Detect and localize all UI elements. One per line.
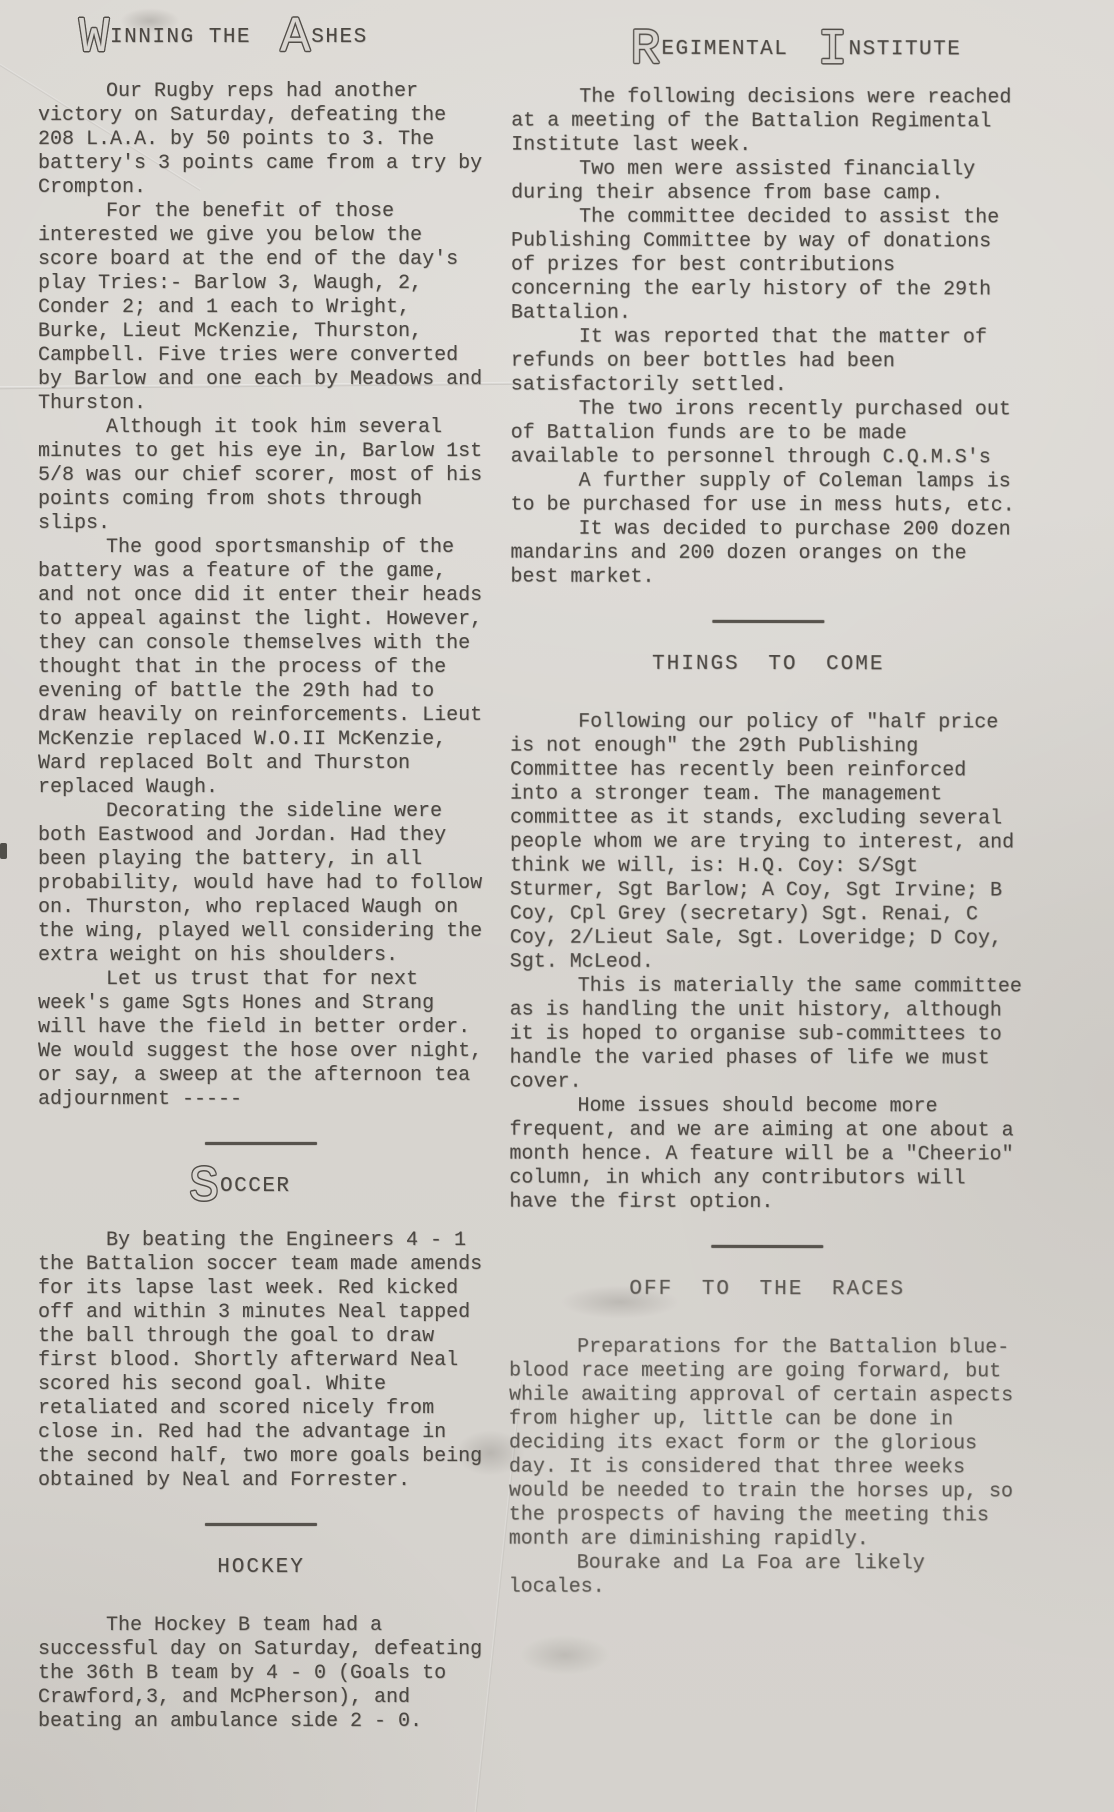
- article-regimental-institute: REGIMENTAL INSTITUTE The following decis…: [510, 38, 1027, 591]
- title-segment: NSTITUTE: [848, 38, 961, 61]
- article-hockey: HOCKEY The Hockey B team had a successfu…: [38, 1556, 484, 1734]
- section-divider: [205, 1142, 317, 1145]
- newsletter-page: WINNING THE ASHES Our Rugby reps had ano…: [0, 0, 1114, 1812]
- paragraph: Preparations for the Battalion blue-bloo…: [509, 1336, 1025, 1553]
- section-divider: [711, 1245, 823, 1248]
- article-title-off-to-the-races: OFF TO THE RACES: [509, 1278, 1025, 1303]
- paragraph: The two irons recently purchased out of …: [511, 398, 1027, 471]
- paragraph: Our Rugby reps had another victory on Sa…: [38, 80, 484, 200]
- paragraph: The committee decided to assist the Publ…: [511, 206, 1027, 327]
- paragraph: Home issues should become more frequent,…: [509, 1095, 1025, 1216]
- title-segment: INNING THE: [110, 26, 251, 49]
- paragraph: The Hockey B team had a successful day o…: [38, 1614, 484, 1734]
- paragraph: Although it took him several minutes to …: [38, 416, 484, 536]
- article-title-regimental-institute: REGIMENTAL INSTITUTE: [629, 38, 1027, 63]
- title-segment: OCCER: [220, 1175, 291, 1198]
- section-divider: [205, 1523, 317, 1526]
- article-soccer: SOCCER By beating the Engineers 4 - 1 th…: [38, 1175, 484, 1493]
- paragraph: A further supply of Coleman lamps is to …: [511, 470, 1027, 519]
- paragraph: Let us trust that for next week's game S…: [38, 968, 484, 1112]
- paragraph: Two men were assisted financially during…: [511, 158, 1027, 207]
- paragraph: It was reported that the matter of refun…: [511, 326, 1027, 399]
- right-column: REGIMENTAL INSTITUTE The following decis…: [509, 38, 1028, 1601]
- title-segment: SHES: [311, 26, 367, 49]
- paragraph: Following our policy of "half price is n…: [510, 711, 1026, 976]
- paragraph: It was decided to purchase 200 dozen man…: [510, 518, 1026, 591]
- article-off-to-the-races: OFF TO THE RACES Preparations for the Ba…: [509, 1278, 1026, 1601]
- paragraph: For the benefit of those interested we g…: [38, 200, 484, 416]
- paragraph: Bourake and La Foa are likely locales.: [509, 1552, 1025, 1601]
- title-segment: EGIMENTAL: [661, 38, 788, 61]
- ink-smudge: [520, 1635, 610, 1675]
- article-title-hockey: HOCKEY: [38, 1556, 484, 1580]
- article-title-winning-the-ashes: WINNING THE ASHES: [78, 26, 484, 50]
- article-winning-the-ashes: WINNING THE ASHES Our Rugby reps had ano…: [38, 26, 484, 1112]
- section-divider: [712, 620, 824, 623]
- paragraph: The following decisions were reached at …: [511, 86, 1027, 159]
- paragraph: The good sportsmanship of the battery wa…: [38, 536, 484, 800]
- left-column: WINNING THE ASHES Our Rugby reps had ano…: [38, 26, 484, 1734]
- article-title-soccer: SOCCER: [188, 1175, 484, 1199]
- paragraph: By beating the Engineers 4 - 1 the Batta…: [38, 1229, 484, 1493]
- paragraph: Decorating the sideline were both Eastwo…: [38, 800, 484, 968]
- article-things-to-come: THINGS TO COME Following our policy of "…: [509, 653, 1026, 1216]
- ink-edge-mark: [0, 843, 7, 859]
- article-title-things-to-come: THINGS TO COME: [510, 653, 1026, 678]
- paragraph: This is materially the same committee as…: [510, 975, 1026, 1096]
